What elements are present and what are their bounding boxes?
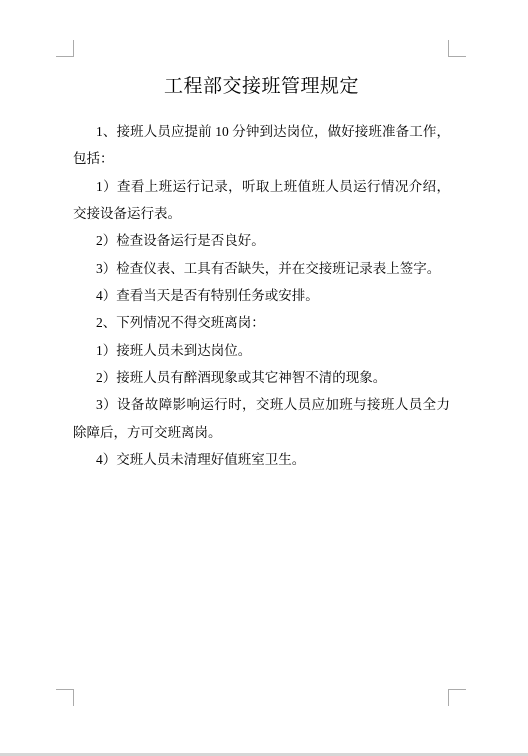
paragraph-2-item-2: 2）接班人员有醉酒现象或其它神智不清的现象。 [73,364,450,391]
paragraph-2-item-1: 1）接班人员未到达岗位。 [73,337,450,364]
crop-mark-bottom-right [448,689,466,706]
crop-mark-bottom-left [56,689,74,706]
crop-mark-top-left [56,40,74,57]
paragraph-1-intro: 1、接班人员应提前 10 分钟到达岗位，做好接班准备工作，包括： [73,118,450,173]
document-body: 1、接班人员应提前 10 分钟到达岗位，做好接班准备工作，包括： 1）查看上班运… [73,118,450,473]
paragraph-1-item-3: 3）检查仪表、工具有否缺失，并在交接班记录表上签字。 [73,255,450,282]
document-page: 工程部交接班管理规定 1、接班人员应提前 10 分钟到达岗位，做好接班准备工作，… [0,0,528,756]
paragraph-1-item-2: 2）检查设备运行是否良好。 [73,227,450,254]
paragraph-1-item-4: 4）查看当天是否有特别任务或安排。 [73,282,450,309]
paragraph-2-item-3: 3）设备故障影响运行时，交班人员应加班与接班人员全力除障后，方可交班离岗。 [73,391,450,446]
paragraph-2-item-4: 4）交班人员未清理好值班室卫生。 [73,446,450,473]
paragraph-2-intro: 2、下列情况不得交班离岗： [73,309,450,336]
document-title: 工程部交接班管理规定 [73,74,450,100]
crop-mark-top-right [448,40,466,57]
paragraph-1-item-1: 1）查看上班运行记录，听取上班值班人员运行情况介绍，交接设备运行表。 [73,173,450,228]
